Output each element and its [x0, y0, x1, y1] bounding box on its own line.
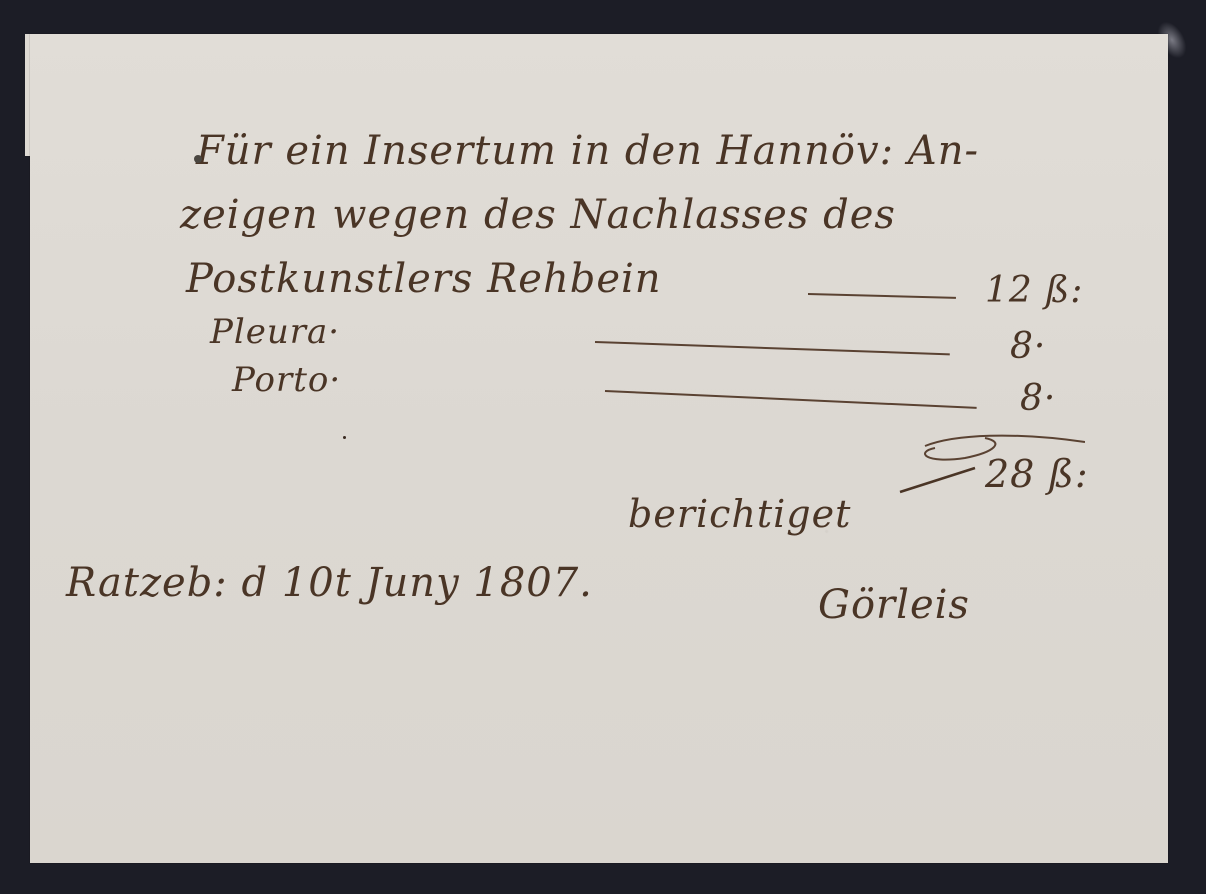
place-and-date: Ratzeb: d 10t Juny 1807. — [66, 560, 593, 606]
ink-speck — [343, 436, 346, 439]
body-line-2: zeigen wegen des Nachlasses des — [180, 192, 896, 238]
total-amount: 28 ß: — [985, 452, 1089, 496]
body-line-3: Postkunstlers Rehbein — [186, 256, 662, 302]
item-amount-3: 8· — [1020, 378, 1056, 419]
pinhole — [194, 155, 202, 163]
item-label-3: Porto· — [232, 360, 341, 400]
item-label-2: Pleura· — [210, 312, 340, 352]
signature: Görleis — [818, 582, 970, 628]
item-amount-1: 12 ß: — [985, 270, 1083, 311]
confirmation-word: berichtiget — [628, 492, 851, 536]
item-amount-2: 8· — [1010, 326, 1046, 367]
body-line-1: Für ein Insertum in den Hannöv: An- — [196, 128, 979, 174]
